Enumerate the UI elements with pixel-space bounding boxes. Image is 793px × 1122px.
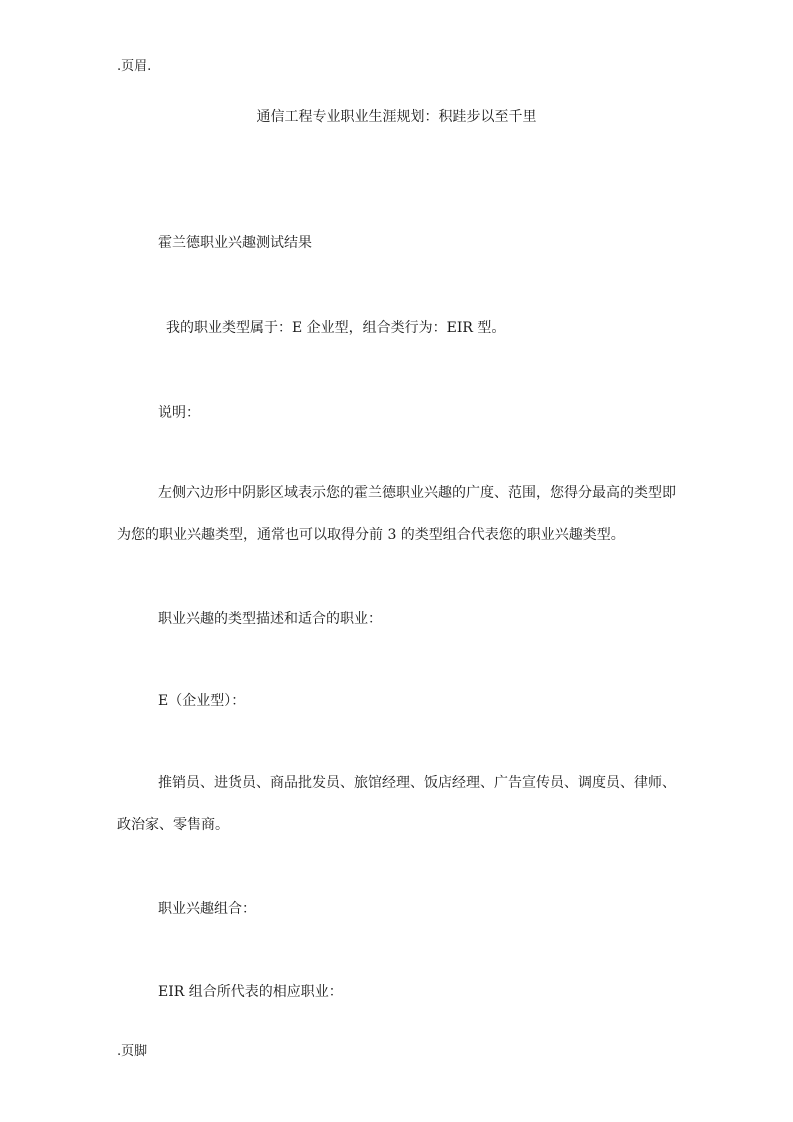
page-header: .页眉. bbox=[117, 58, 151, 76]
type-label-enterprise: E（企业型）： bbox=[158, 692, 245, 710]
explanation-paragraph-line2: 为您的职业兴趣类型，通常也可以取得分前 3 的类型组合代表您的职业兴趣类型。 bbox=[117, 526, 625, 544]
description-heading: 职业兴趣的类型描述和适合的职业： bbox=[158, 610, 382, 628]
result-line: 我的职业类型属于：E 企业型，组合类行为：EIR 型。 bbox=[166, 319, 505, 337]
careers-paragraph-line1: 推销员、进货员、商品批发员、旅馆经理、饭店经理、广告宣传员、调度员、律师、 bbox=[158, 774, 676, 792]
combination-heading: 职业兴趣组合： bbox=[158, 900, 256, 918]
page-footer: .页脚 bbox=[117, 1043, 147, 1061]
combination-careers-label: EIR 组合所代表的相应职业： bbox=[158, 983, 343, 1001]
explanation-paragraph-line1: 左侧六边形中阴影区域表示您的霍兰德职业兴趣的广度、范围，您得分最高的类型即 bbox=[158, 484, 676, 502]
explanation-label: 说明： bbox=[158, 404, 200, 422]
careers-paragraph-line2: 政治家、零售商。 bbox=[117, 816, 229, 834]
section-heading-holland-test: 霍兰德职业兴趣测试结果 bbox=[158, 234, 312, 252]
document-title: 通信工程专业职业生涯规划：积跬步以至千里 bbox=[0, 108, 793, 126]
